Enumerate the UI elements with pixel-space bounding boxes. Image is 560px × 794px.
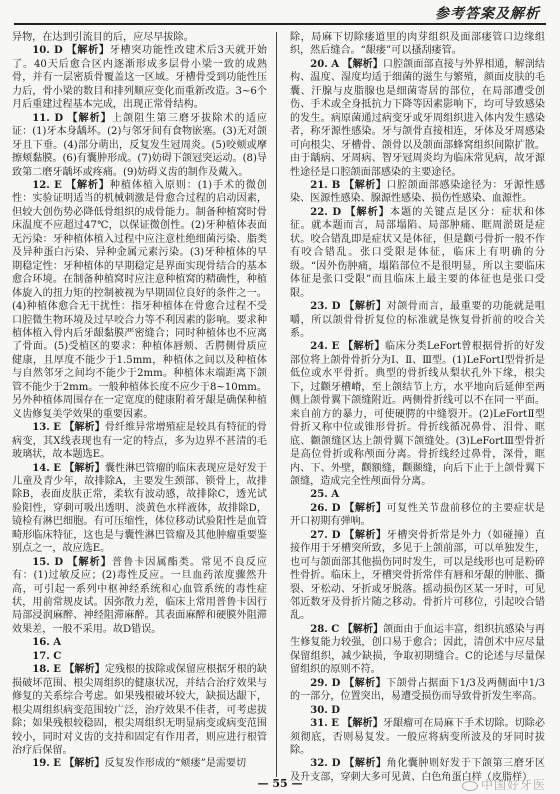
- answer-paragraph: 21. B 【解析】口腔颌面部感染途径为：牙源性感染、医源性感染、腺源性感染、损…: [290, 179, 545, 206]
- answer-text: 种植体植入原则：(1)手术的微创性：实验证明适当的机械刺激是骨愈合过程的启动因素…: [12, 180, 267, 420]
- answer-number: 23. D: [310, 301, 340, 312]
- answer-number: 30. D: [310, 705, 340, 716]
- answer-paragraph: 19. E 【解析】反复发作形成的“颊瘘”是需要切: [12, 757, 267, 770]
- analysis-tag: 【解析】: [344, 530, 386, 541]
- answer-number: 25. A: [310, 489, 339, 500]
- answer-text: 临床分类LeFort曾根据骨折的好发部位将上颌骨骨折分为Ⅰ、Ⅱ、Ⅲ型。(1)Le…: [290, 341, 545, 487]
- analysis-tag: 【解析】: [67, 557, 112, 568]
- analysis-tag: 【解析】: [344, 678, 386, 689]
- answer-number: 19. E: [32, 758, 61, 769]
- answer-text: 除，局麻下切除瘘道里的肉芽组织及面部瘘管口边缘组织，然后缝合。“龈瘘”可以搔刮瘘…: [290, 32, 545, 56]
- answer-number: 11. D: [32, 113, 63, 124]
- answer-paragraph: 25. A: [290, 488, 545, 501]
- analysis-tag: 【解析】: [343, 341, 385, 352]
- header-rule: [14, 23, 546, 25]
- column-divider: [276, 32, 277, 777]
- answer-paragraph: 18. E 【解析】定残根的拔除或保留应根据牙根的缺损破坏范围、根尖周组织的健康…: [12, 663, 267, 757]
- answer-number: 28. C: [310, 624, 339, 635]
- answer-number: 32. D: [310, 758, 340, 769]
- analysis-tag: 【解析】: [343, 624, 384, 635]
- answer-number: 18. E: [32, 664, 61, 675]
- analysis-tag: 【解析】: [344, 503, 386, 514]
- answer-number: 20. A: [310, 59, 339, 70]
- answer-paragraph: 除，局麻下切除瘘道里的肉芽组织及面部瘘管口边缘组织，然后缝合。“龈瘘”可以搔刮瘘…: [290, 31, 545, 58]
- analysis-tag: 【解析】: [64, 422, 105, 433]
- analysis-tag: 【解析】: [64, 463, 105, 474]
- answer-number: 14. E: [32, 463, 61, 474]
- analysis-tag: 【解析】: [67, 113, 112, 124]
- analysis-tag: 【解析】: [64, 664, 105, 675]
- analysis-tag: 【解析】: [345, 207, 390, 218]
- analysis-tag: 【解析】: [342, 59, 383, 70]
- answer-paragraph: 29. D 【解析】下颌骨占据面下1/3及两侧面中1/3的一部分，位置突出，易遭…: [290, 677, 545, 704]
- answer-text: 定残根的拔除或保留应根据牙根的缺损破坏范围、根尖周组织的健康状况，并结合治疗效果…: [12, 664, 267, 756]
- answer-text: 口腔颌面部直接与外界相通，解剖结构、温度、湿度均适于细菌的滋生与繁殖，颜面皮肤的…: [290, 59, 545, 178]
- answer-paragraph: 26. D 【解析】可复性关节盘前移位的主要症状是开口初期有弹响。: [290, 502, 545, 529]
- answer-text: 牙槽突骨折常是外力（如碰撞）直接作用于牙槽突所致，多见于上颌前部，可以单独发生，…: [290, 530, 545, 622]
- answer-paragraph: 31. E 【解析】牙龈瘤可在局麻下手术切除。切除必须彻底，否则易复发。一般应将…: [290, 717, 545, 757]
- answer-number: 22. D: [310, 207, 341, 218]
- left-column: 异物，在达到引流目的后，应尽早拔除。10. D 【解析】牙槽突功能性改建术后3天…: [12, 31, 267, 771]
- answer-paragraph: 14. E 【解析】囊性淋巴管瘤的临床表现应是好发于儿童及青少年，故排除A，主要…: [12, 462, 267, 556]
- analysis-tag: 【解析】: [342, 718, 383, 729]
- answer-text: 反复发作形成的“颊瘘”是需要切: [105, 758, 247, 769]
- answer-text: 本题的关键点是区分：症状和体征。就本题而言，局部塌陷、局部肿痛、眶周淤斑是症状。…: [290, 207, 545, 299]
- analysis-tag: 【解析】: [344, 301, 386, 312]
- answer-paragraph: 异物，在达到引流目的后，应尽早拔除。: [12, 31, 267, 44]
- answer-number: 12. E: [32, 180, 62, 191]
- answer-text: 囊性淋巴管瘤的临床表现应是好发于儿童及青少年，故排除A，主要发生颈部、锁骨上，故…: [12, 463, 267, 555]
- analysis-tag: 【解析】: [66, 180, 110, 191]
- answer-paragraph: 28. C 【解析】颌面由于血运丰富，组织抗感染与再生修复能力较强，创口易于愈合…: [290, 623, 545, 677]
- analysis-tag: 【解析】: [64, 758, 104, 769]
- header-title: 参考答案及解析: [435, 3, 540, 23]
- answer-paragraph: 13. E 【解析】骨纤维异常增殖症是较具有特征的骨病变，其X线表现也有一定的特…: [12, 421, 267, 461]
- answer-paragraph: 20. A 【解析】口腔颌面部直接与外界相通，解剖结构、温度、湿度均适于细菌的滋…: [290, 58, 545, 179]
- answer-number: 26. D: [310, 503, 340, 514]
- answer-number: 15. D: [32, 557, 63, 568]
- wechat-icon: [462, 781, 478, 791]
- watermark-text: 中国好牙医: [481, 778, 546, 792]
- answer-text: 普鲁卡因属酯类。常见不良反应有：(1)过敏反应；(2)毒性反应。一旦血药浓度骤然…: [12, 557, 267, 635]
- watermark: 中国好牙医: [462, 776, 546, 793]
- answer-paragraph: 15. D 【解析】普鲁卡因属酯类。常见不良反应有：(1)过敏反应；(2)毒性反…: [12, 556, 267, 637]
- answer-paragraph: 11. D 【解析】上颌阻生第三磨牙拔除术的适应证：(1)牙本身龋坏。(2)与邻…: [12, 112, 267, 179]
- answer-text: 异物，在达到引流目的后，应尽早拔除。: [12, 32, 194, 43]
- answer-paragraph: 10. D 【解析】牙槽突功能性改建术后3天就开始了。40天后愈合区内逐渐形成多…: [12, 44, 267, 111]
- answer-number: 31. E: [310, 718, 339, 729]
- answer-number: 17. C: [32, 651, 61, 662]
- answer-number: 16. A: [32, 637, 61, 648]
- answer-paragraph: 22. D 【解析】本题的关键点是区分：症状和体征。就本题而言，局部塌陷、局部肿…: [290, 206, 545, 300]
- answer-number: 27. D: [310, 530, 340, 541]
- answer-paragraph: 24. E 【解析】临床分类LeFort曾根据骨折的好发部位将上颌骨骨折分为Ⅰ、…: [290, 340, 545, 488]
- analysis-tag: 【解析】: [67, 45, 110, 56]
- answer-paragraph: 23. D 【解析】对颌骨而言，最重要的功能就是咀嚼，所以颌骨骨折复位的标准就是…: [290, 300, 545, 340]
- right-column: 除，局麻下切除瘘道里的肉芽组织及面部瘘管口边缘组织，然后缝合。“龈瘘”可以搔刮瘘…: [290, 31, 545, 784]
- answer-number: 21. B: [310, 180, 340, 191]
- answer-paragraph: 17. C: [12, 650, 267, 663]
- answer-paragraph: 30. D: [290, 704, 545, 717]
- answer-number: 10. D: [32, 45, 63, 56]
- answer-paragraph: 27. D 【解析】牙槽突骨折常是外力（如碰撞）直接作用于牙槽突所致，多见于上颌…: [290, 529, 545, 623]
- answer-paragraph: 16. A: [12, 636, 267, 649]
- analysis-tag: 【解析】: [344, 180, 386, 191]
- page-header: 参考答案及解析: [0, 0, 560, 26]
- analysis-tag: 【解析】: [344, 758, 386, 769]
- answer-paragraph: 12. E 【解析】种植体植入原则：(1)手术的微创性：实验证明适当的机械刺激是…: [12, 179, 267, 421]
- answer-number: 24. E: [310, 341, 339, 352]
- answer-number: 13. E: [32, 422, 61, 433]
- answer-number: 29. D: [310, 678, 340, 689]
